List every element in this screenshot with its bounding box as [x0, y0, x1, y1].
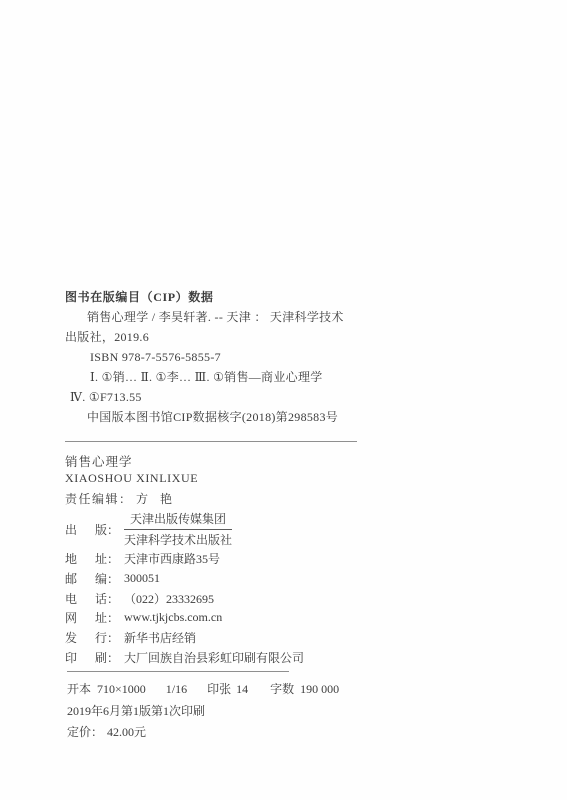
publisher-group-name: 天津出版传媒集团 [124, 511, 232, 530]
label-char: 邮 [65, 570, 77, 587]
label-char: 行 [95, 629, 107, 646]
book-copyright-page: 图书在版编目（CIP）数据 销售心理学 / 李昊轩著. -- 天津 ： 天津科学… [0, 0, 567, 800]
info-row-phone: 电话：（022）23332695 [65, 588, 304, 608]
cip-line-publisher: 出版社，2019.6 [65, 327, 495, 347]
cip-line-classification: Ⅰ. ①销… Ⅱ. ①李… Ⅲ. ①销售—商业心理学 [65, 367, 495, 387]
publisher-stack: 天津出版传媒集团 天津科学技术出版社 [124, 511, 232, 548]
editor-name: 方 艳 [136, 492, 172, 506]
format-value: 710×1000 [97, 682, 146, 696]
book-title-pinyin: XIAOSHOU XINLIXUE [65, 471, 198, 486]
distribution-value: 新华书店经销 [124, 629, 196, 646]
publisher-colon: ： [107, 521, 119, 538]
colophon-rows: 地址：天津市西康路35号 邮编：300051 电话：（022）23332695 … [65, 549, 304, 667]
website-value: www.tjkjcbs.com.cn [124, 610, 222, 625]
publisher-company-name: 天津科学技术出版社 [124, 530, 232, 548]
label-char: 址 [95, 609, 107, 626]
cip-header: 图书在版编目（CIP）数据 [65, 287, 495, 307]
website-label: 网址 [65, 609, 107, 626]
price-row: 定价：42.00元 [67, 722, 339, 744]
row-colon: ： [107, 629, 119, 646]
label-char: 址 [95, 550, 107, 567]
info-row-postcode: 邮编：300051 [65, 569, 304, 589]
printer-value: 大厂回族自治县彩虹印刷有限公司 [124, 649, 304, 666]
phone-label: 电话 [65, 590, 107, 607]
label-char: 刷 [95, 649, 107, 666]
phone-value: （022）23332695 [124, 590, 214, 607]
label-char: 电 [65, 590, 77, 607]
publisher-label-char-2: 版 [95, 521, 107, 538]
words-value: 190 000 [300, 682, 339, 696]
divider-top [65, 441, 357, 442]
edition-row: 2019年6月第1版第1次印刷 [67, 701, 339, 723]
row-colon: ： [107, 649, 119, 666]
editor-row: 责任编辑：方 艳 [65, 490, 172, 507]
address-label: 地址 [65, 550, 107, 567]
label-char: 印 [65, 649, 77, 666]
format-row: 开本710×10001/16印张14字数190 000 [67, 679, 339, 701]
fraction-value: 1/16 [166, 682, 187, 696]
words-label: 字数 [270, 682, 294, 696]
info-row-address: 地址：天津市西康路35号 [65, 549, 304, 569]
book-title: 销售心理学 [65, 452, 133, 470]
cip-line-isbn: ISBN 978-7-5576-5855-7 [65, 347, 495, 367]
cip-line-title-author: 销售心理学 / 李昊轩著. -- 天津 ： 天津科学技术 [65, 307, 495, 327]
cip-line-class-number: Ⅳ. ①F713.55 [65, 387, 495, 407]
row-colon: ： [107, 550, 119, 567]
sheets-value: 14 [236, 682, 248, 696]
info-row-distribution: 发行：新华书店经销 [65, 628, 304, 648]
info-row-printer: 印刷：大厂回族自治县彩虹印刷有限公司 [65, 647, 304, 667]
printing-block: 开本710×10001/16印张14字数190 000 2019年6月第1版第1… [67, 679, 339, 744]
divider-bottom [67, 671, 289, 672]
cip-block: 图书在版编目（CIP）数据 销售心理学 / 李昊轩著. -- 天津 ： 天津科学… [65, 287, 495, 427]
publisher-row: 出版： 天津出版传媒集团 天津科学技术出版社 [65, 511, 232, 548]
label-char: 编 [95, 570, 107, 587]
postcode-label: 邮编 [65, 570, 107, 587]
row-colon: ： [107, 609, 119, 626]
sheets-label: 印张 [207, 682, 231, 696]
row-colon: ： [107, 590, 119, 607]
printer-label: 印刷 [65, 649, 107, 666]
address-value: 天津市西康路35号 [124, 550, 220, 567]
postcode-value: 300051 [124, 571, 160, 586]
label-char: 发 [65, 629, 77, 646]
info-row-website: 网址：www.tjkjcbs.com.cn [65, 608, 304, 628]
label-char: 话 [95, 590, 107, 607]
editor-label: 责任编辑 [65, 492, 119, 506]
price-label: 定价： [67, 725, 103, 739]
editor-colon: ： [119, 492, 131, 506]
publisher-label: 出版 [65, 521, 107, 538]
cip-line-record-number: 中国版本图书馆CIP数据核字(2018)第298583号 [65, 407, 495, 427]
distribution-label: 发行 [65, 629, 107, 646]
row-colon: ： [107, 570, 119, 587]
label-char: 网 [65, 609, 77, 626]
label-char: 地 [65, 550, 77, 567]
price-value: 42.00元 [107, 725, 146, 739]
publisher-label-char-1: 出 [65, 521, 77, 538]
format-label: 开本 [67, 682, 91, 696]
